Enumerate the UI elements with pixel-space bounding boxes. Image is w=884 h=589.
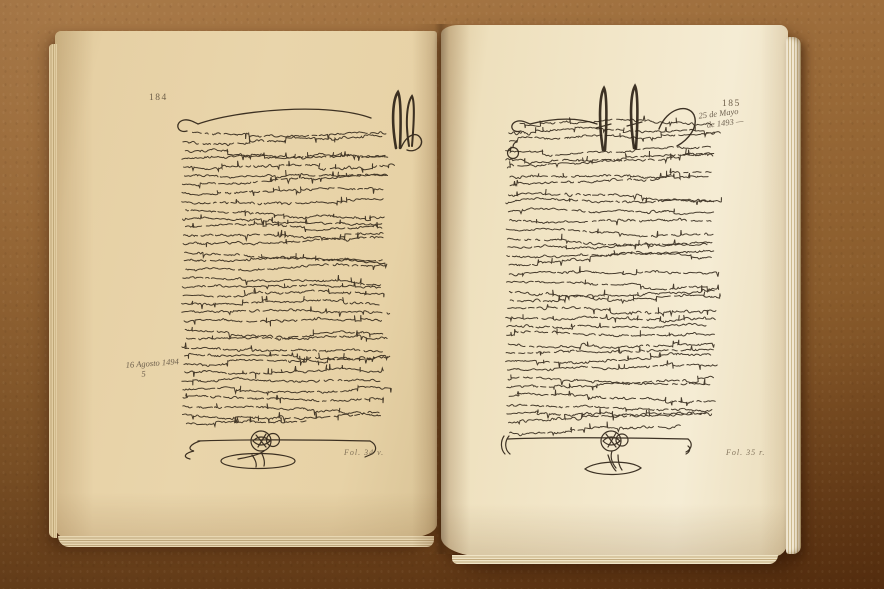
left-page [55, 31, 437, 538]
page-edges-bottom-left [58, 536, 434, 547]
folio-caption-right: Fol. 35 r. [726, 448, 765, 457]
margin-note-left: 16 Agosto 1494 5 [125, 356, 179, 380]
photo-open-book: 184 185 16 Agosto 1494 5 25 de Mayo de 1… [0, 0, 884, 589]
folio-caption-left: Fol. 34 v. [344, 448, 384, 457]
page-edges-right [786, 37, 801, 554]
page-edges-bottom-right [452, 555, 778, 564]
page-number-left: 184 [149, 93, 168, 103]
page-edges-left [49, 44, 57, 538]
